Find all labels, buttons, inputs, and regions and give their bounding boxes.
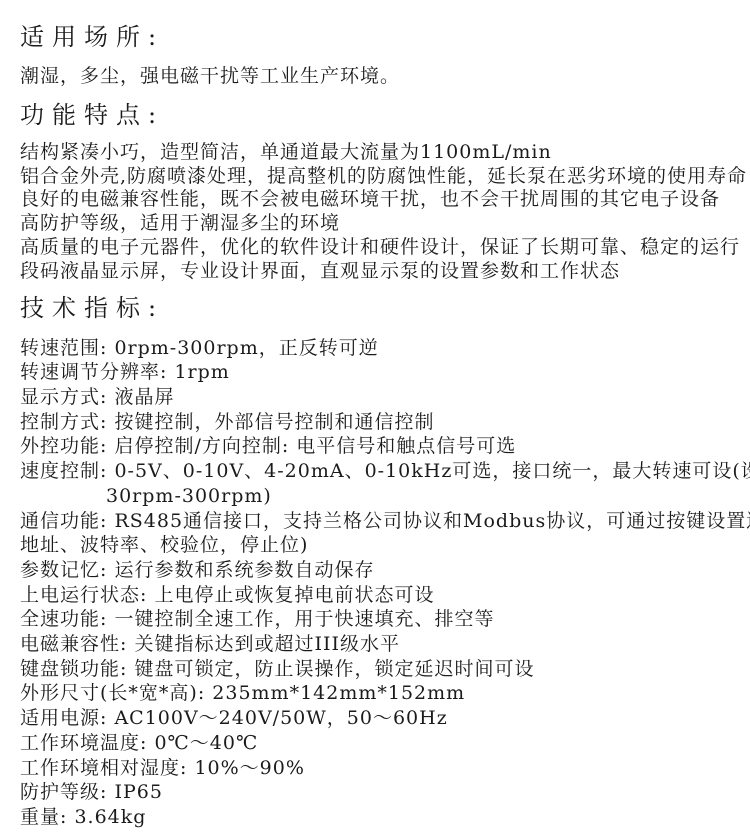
- text-line: 通信功能: RS485通信接口，支持兰格公司协议和Modbus协议，可通过按键设…: [20, 509, 732, 534]
- text-line: 高防护等级，适用于潮湿多尘的环境: [20, 212, 732, 236]
- text-line: 工作环境相对湿度: 10%～90%: [20, 756, 732, 781]
- text-line: 良好的电磁兼容性能，既不会被电磁环境干扰，也不会干扰周围的其它电子设备: [20, 188, 732, 212]
- text-line: 外控功能: 启停控制/方向控制: 电平信号和触点信号可选: [20, 434, 732, 459]
- text-line: 键盘锁功能: 键盘可锁定，防止误操作，锁定延迟时间可设: [20, 657, 732, 682]
- text-line: 控制方式: 按键控制，外部信号控制和通信控制: [20, 410, 732, 435]
- section-technical-specs: 技术指标: 转速范围: 0rpm-300rpm，正反转可逆转速调节分辨率: 1r…: [20, 295, 732, 830]
- features-heading: 功能特点:: [20, 102, 732, 128]
- applicable-places-heading: 适用场所:: [20, 24, 732, 50]
- text-line: 电磁兼容性: 关键指标达到或超过III级水平: [20, 632, 732, 657]
- section-features: 功能特点: 结构紧凑小巧，造型简洁，单通道最大流量为1100mL/min铝合金外…: [20, 102, 732, 284]
- text-line: 转速调节分辨率: 1rpm: [20, 360, 732, 385]
- applicable-places-lines: 潮湿，多尘，强电磁干扰等工业生产环境。: [20, 65, 732, 89]
- technical-specs-heading: 技术指标:: [20, 295, 732, 321]
- text-line: 防护等级: IP65: [20, 780, 732, 805]
- text-line: 铝合金外壳,防腐喷漆处理，提高整机的防腐蚀性能，延长泵在恶劣环境的使用寿命: [20, 165, 732, 189]
- text-line: 潮湿，多尘，强电磁干扰等工业生产环境。: [20, 65, 732, 89]
- text-line: 地址、波特率、校验位，停止位): [20, 533, 732, 558]
- text-line: 外形尺寸(长*宽*高): 235mm*142mm*152mm: [20, 681, 732, 706]
- text-line: 高质量的电子元器件，优化的软件设计和硬件设计，保证了长期可靠、稳定的运行: [20, 236, 732, 260]
- text-line: 结构紧凑小巧，造型简洁，单通道最大流量为1100mL/min: [20, 141, 732, 165]
- section-applicable-places: 适用场所: 潮湿，多尘，强电磁干扰等工业生产环境。: [20, 24, 732, 89]
- technical-specs-lines: 转速范围: 0rpm-300rpm，正反转可逆转速调节分辨率: 1rpm显示方式…: [20, 336, 732, 830]
- text-line: 转速范围: 0rpm-300rpm，正反转可逆: [20, 336, 732, 361]
- text-line: 段码液晶显示屏，专业设计界面，直观显示泵的设置参数和工作状态: [20, 260, 732, 284]
- text-line: 适用电源: AC100V～240V/50W，50～60Hz: [20, 706, 732, 731]
- text-line: 上电运行状态: 上电停止或恢复掉电前状态可设: [20, 583, 732, 608]
- text-line: 参数记忆: 运行参数和系统参数自动保存: [20, 558, 732, 583]
- text-line: 工作环境温度: 0℃～40℃: [20, 731, 732, 756]
- spec-document: 适用场所: 潮湿，多尘，强电磁干扰等工业生产环境。 功能特点: 结构紧凑小巧，造…: [0, 0, 750, 834]
- text-line: 30rpm-300rpm): [20, 484, 732, 509]
- text-line: 全速功能: 一键控制全速工作，用于快速填充、排空等: [20, 607, 732, 632]
- features-lines: 结构紧凑小巧，造型简洁，单通道最大流量为1100mL/min铝合金外壳,防腐喷漆…: [20, 141, 732, 284]
- text-line: 重量: 3.64kg: [20, 805, 732, 830]
- text-line: 显示方式: 液晶屏: [20, 385, 732, 410]
- text-line: 速度控制: 0-5V、0-10V、4-20mA、0-10kHz可选，接口统一，最…: [20, 459, 732, 484]
